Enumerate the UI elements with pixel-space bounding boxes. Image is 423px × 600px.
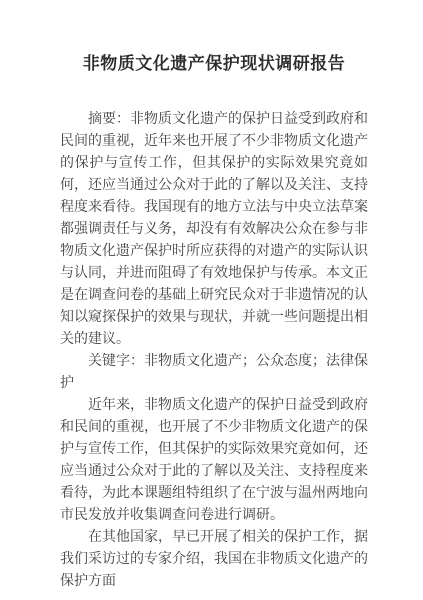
body-paragraph-1: 近年来，非物质文化遗产的保护日益受到政府和民间的重视，也开展了不少非物质文化遗产… — [60, 394, 368, 526]
abstract-paragraph: 摘要：非物质文化遗产的保护日益受到政府和民间的重视，近年来也开展了不少非物质文化… — [60, 108, 368, 350]
keywords-line: 关键字：非物质文化遗产；公众态度；法律保护 — [60, 350, 368, 394]
body-paragraph-2: 在其他国家，早已开展了相关的保护工作，据我们采访过的专家介绍，我国在非物质文化遗… — [60, 526, 368, 592]
document-page: 非物质文化遗产保护现状调研报告 摘要：非物质文化遗产的保护日益受到政府和民间的重… — [0, 0, 423, 600]
document-title: 非物质文化遗产保护现状调研报告 — [60, 52, 368, 77]
